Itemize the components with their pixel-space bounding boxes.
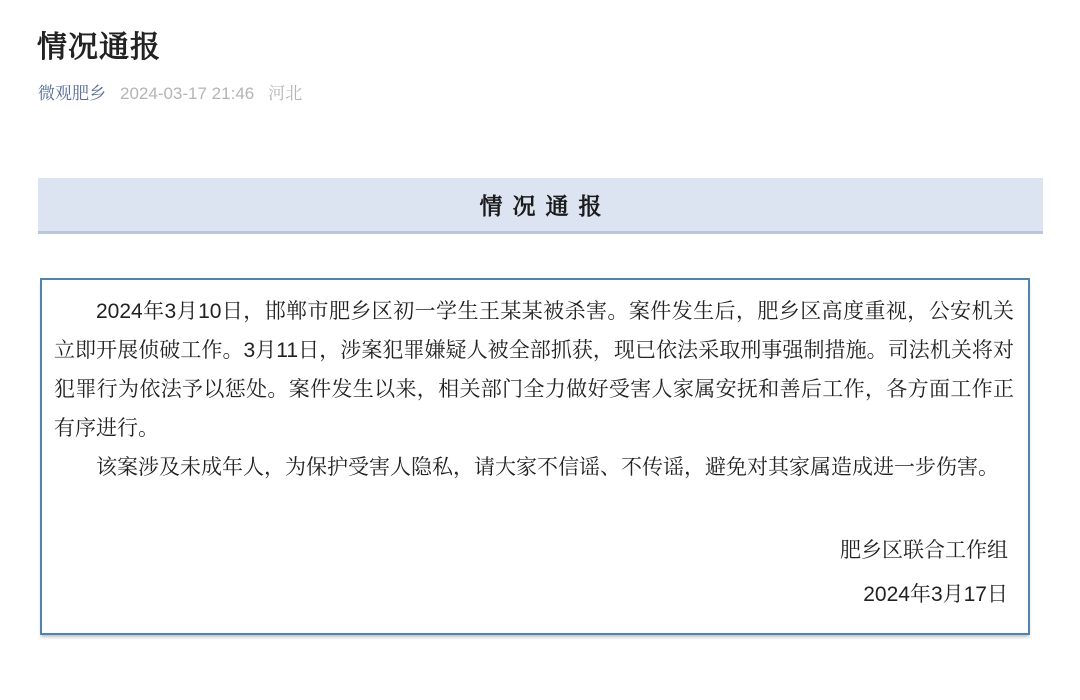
page-title: 情况通报 — [37, 22, 161, 66]
notice-signature-block: 肥乡区联合工作组 2024年3月17日 — [54, 529, 1014, 617]
notice-banner: 情况通报 — [38, 178, 1043, 234]
byline: 微观肥乡 2024-03-17 21:46 河北 — [38, 79, 302, 104]
article-page: 情况通报 微观肥乡 2024-03-17 21:46 河北 情况通报 2024年… — [0, 0, 1080, 700]
publish-timestamp: 2024-03-17 21:46 — [120, 84, 254, 104]
notice-box: 2024年3月10日，邯郸市肥乡区初一学生王某某被杀害。案件发生后，肥乡区高度重… — [40, 278, 1030, 635]
notice-paragraph-1: 2024年3月10日，邯郸市肥乡区初一学生王某某被杀害。案件发生后，肥乡区高度重… — [54, 292, 1014, 448]
publish-region: 河北 — [268, 79, 302, 104]
notice-signature: 肥乡区联合工作组 — [54, 529, 1008, 573]
banner-title: 情况通报 — [470, 188, 612, 221]
notice-date: 2024年3月17日 — [54, 573, 1008, 617]
source-account-link[interactable]: 微观肥乡 — [38, 79, 106, 104]
notice-paragraph-2: 该案涉及未成年人，为保护受害人隐私，请大家不信谣、不传谣，避免对其家属造成进一步… — [54, 448, 1014, 487]
